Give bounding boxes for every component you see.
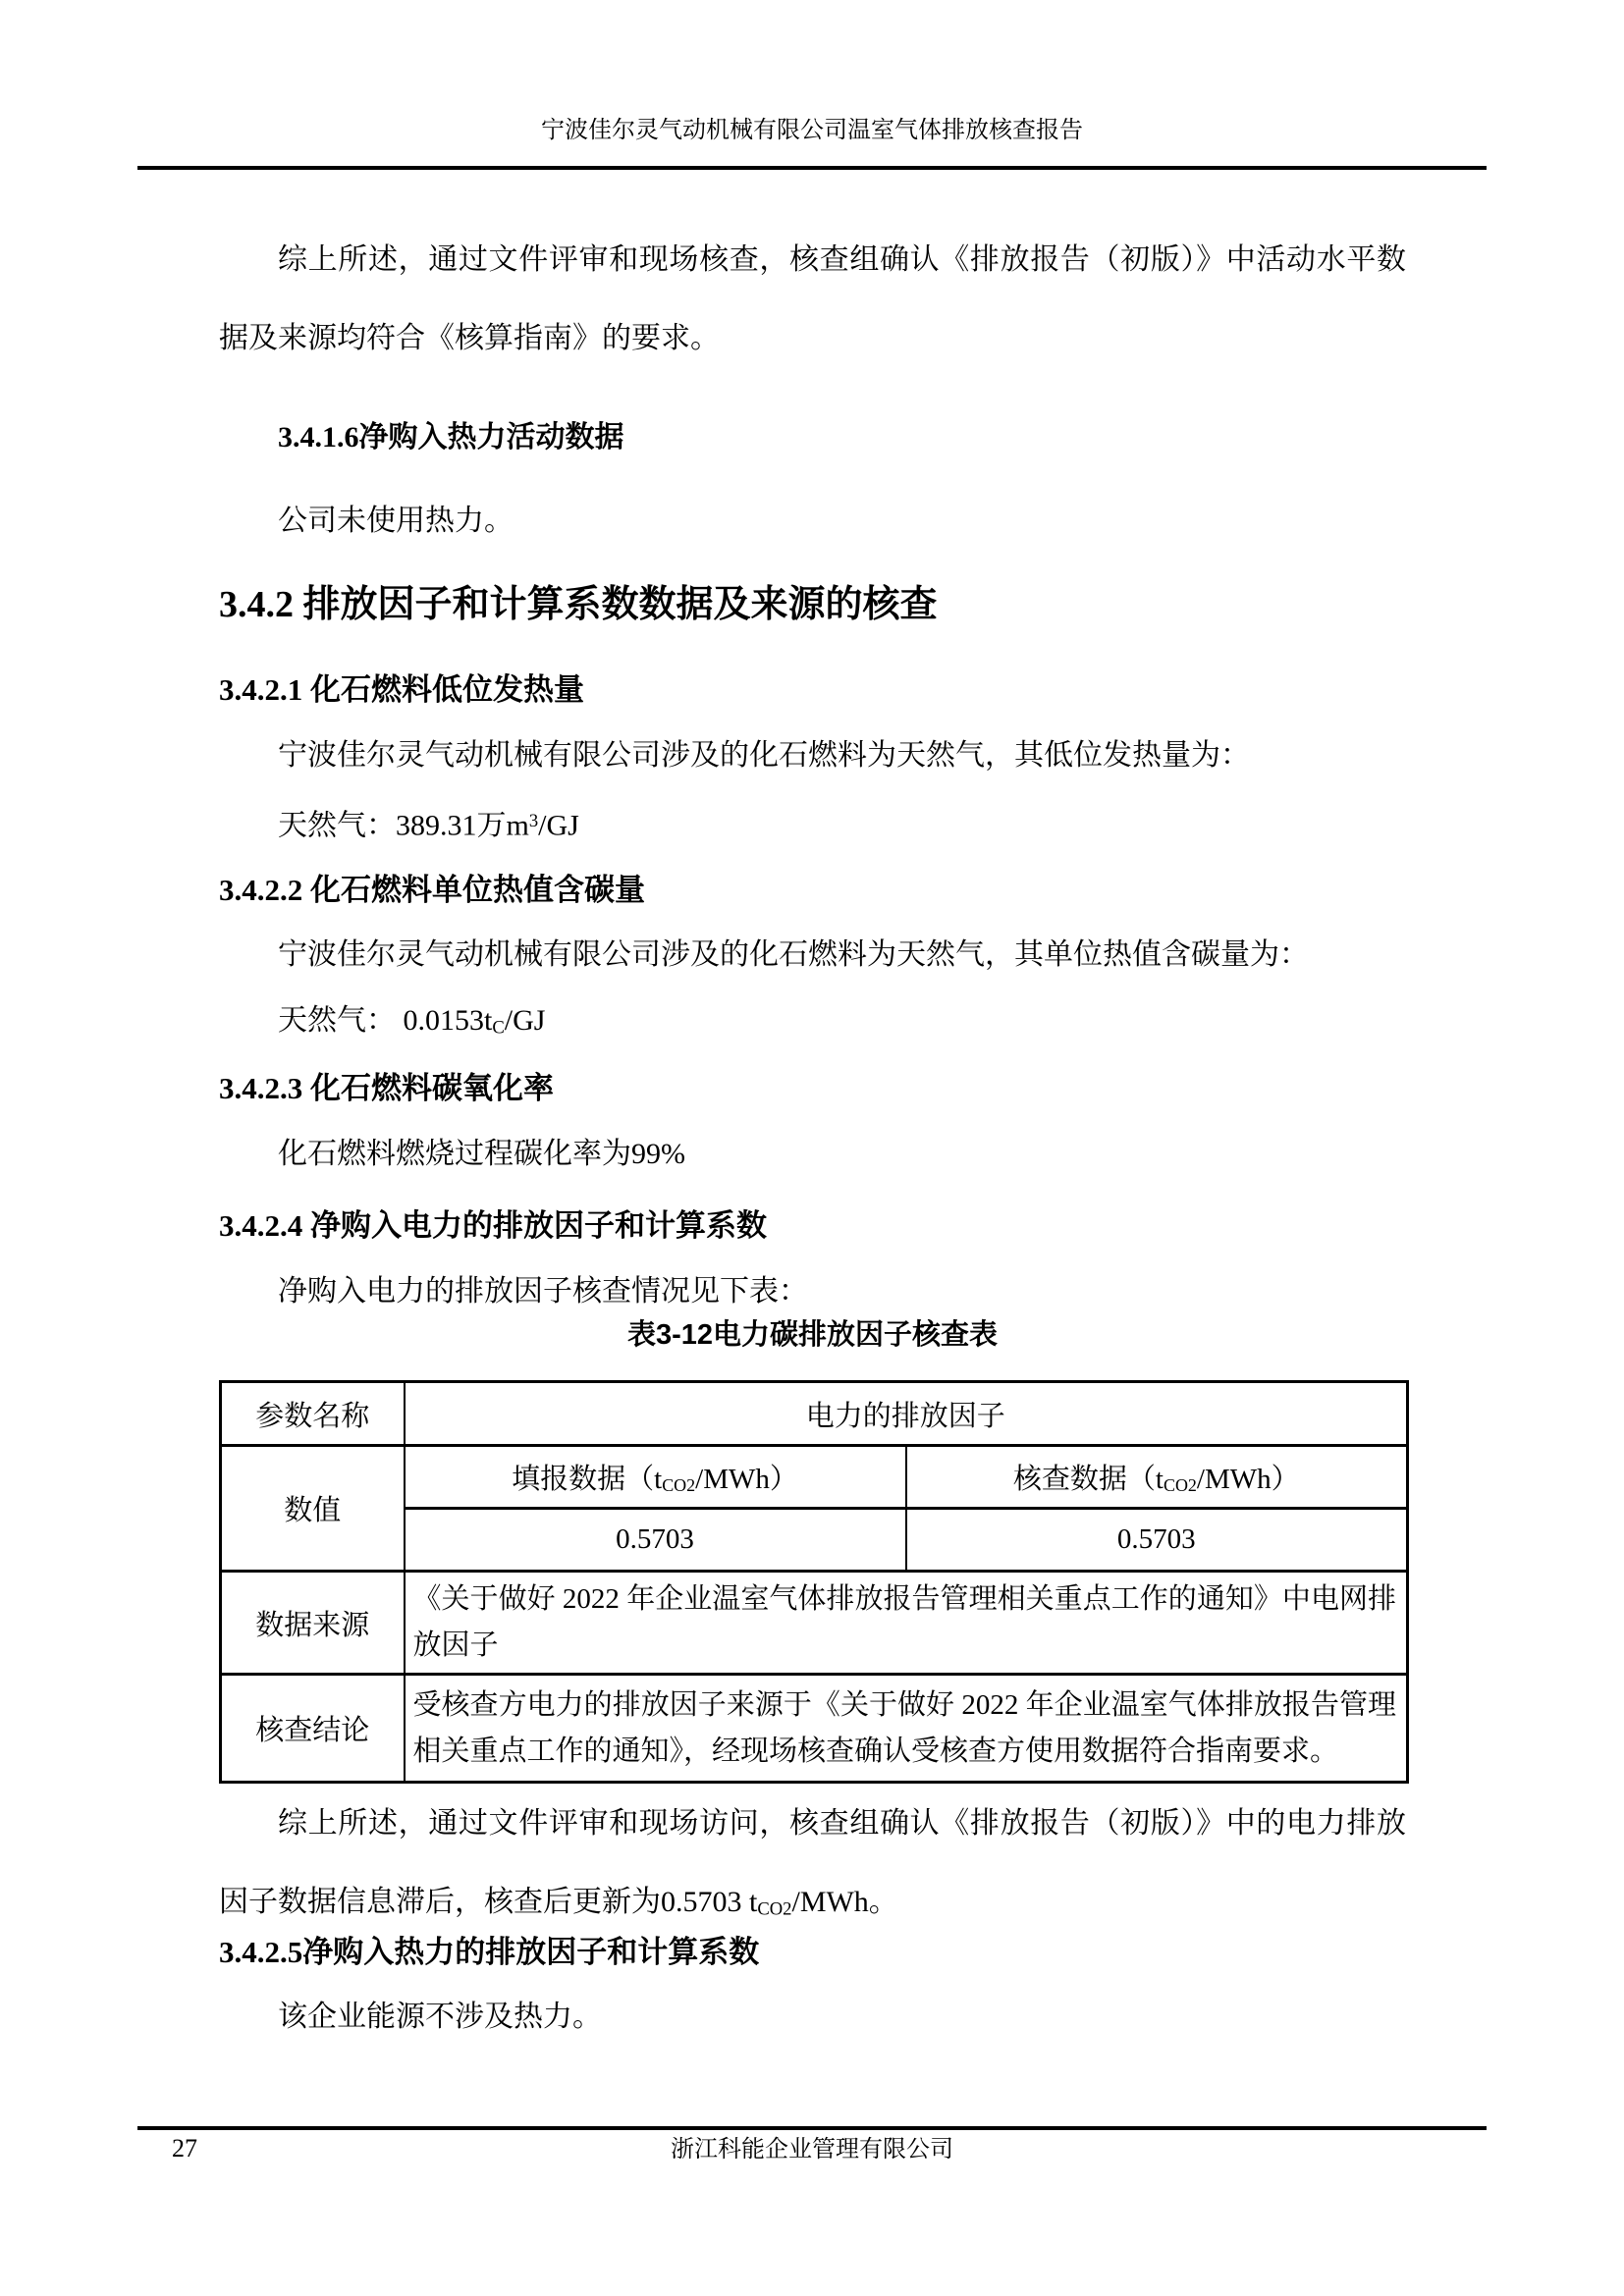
conclusion-text-cell: 受核查方电力的排放因子来源于《关于做好 2022 年企业温室气体排放报告管理相关… <box>405 1675 1408 1783</box>
cc-value-sub: C <box>492 1017 504 1038</box>
heading-3-4-2-4: 3.4.2.4 净购入电力的排放因子和计算系数 <box>219 1203 1406 1249</box>
footer-rule <box>137 2126 1487 2130</box>
table-row: 数据来源 《关于做好 2022 年企业温室气体排放报告管理相关重点工作的通知》中… <box>221 1572 1408 1675</box>
verified-header-cell: 核查数据（tCO2/MWh） <box>906 1446 1408 1509</box>
document-page: 宁波佳尔灵气动机械有限公司温室气体排放核查报告 综上所述，通过文件评审和现场核查… <box>0 0 1624 2296</box>
paragraph-oxidation: 化石燃料燃烧过程碳化率为99% <box>219 1130 1406 1179</box>
paragraph-cc-intro: 宁波佳尔灵气动机械有限公司涉及的化石燃料为天然气，其单位热值含碳量为： <box>219 931 1406 980</box>
verified-header-sub: CO2 <box>1164 1475 1197 1495</box>
table-caption: 表3-12电力碳排放因子核查表 <box>219 1317 1406 1353</box>
paragraph-table-intro: 净购入电力的排放因子核查情况见下表： <box>219 1267 1406 1316</box>
ncv-value-pre: 天然气：389.31万m <box>278 809 529 841</box>
reported-header-post: /MWh） <box>695 1464 798 1495</box>
param-value-cell: 电力的排放因子 <box>405 1382 1408 1446</box>
paragraph-no-heat-source: 该企业能源不涉及热力。 <box>219 1993 1406 2042</box>
paragraph-ncv-value: 天然气：389.31万m3/GJ <box>219 797 1406 850</box>
page-header-title: 宁波佳尔灵气动机械有限公司温室气体排放核查报告 <box>0 116 1624 145</box>
reported-header-pre: 填报数据（t <box>512 1464 662 1495</box>
table-row: 核查结论 受核查方电力的排放因子来源于《关于做好 2022 年企业温室气体排放报… <box>221 1675 1408 1783</box>
footer-company: 浙江科能企业管理有限公司 <box>0 2134 1624 2165</box>
reported-value-cell: 0.5703 <box>405 1509 906 1572</box>
ncv-value-sup: 3 <box>529 811 538 831</box>
verified-header-post: /MWh） <box>1197 1464 1300 1495</box>
reported-header-sub: CO2 <box>662 1475 695 1495</box>
paragraph-cc-value: 天然气： 0.0153tC/GJ <box>219 996 1406 1052</box>
source-text-cell: 《关于做好 2022 年企业温室气体排放报告管理相关重点工作的通知》中电网排放因… <box>405 1572 1408 1675</box>
header-rule <box>137 166 1487 170</box>
heading-3-4-2-5: 3.4.2.5净购入热力的排放因子和计算系数 <box>219 1930 1406 1975</box>
param-label-cell: 参数名称 <box>221 1382 405 1446</box>
heading-3-4-2: 3.4.2 排放因子和计算系数数据及来源的核查 <box>219 579 1406 630</box>
heading-3-4-2-3: 3.4.2.3 化石燃料碳氧化率 <box>219 1066 1406 1111</box>
paragraph-no-heat: 公司未使用热力。 <box>219 497 1406 546</box>
cc-value-post: /GJ <box>505 1004 546 1037</box>
verified-value-cell: 0.5703 <box>906 1509 1408 1572</box>
table-row: 参数名称 电力的排放因子 <box>221 1382 1408 1446</box>
ncv-value-post: /GJ <box>538 809 579 841</box>
source-label-cell: 数据来源 <box>221 1572 405 1675</box>
paragraph-conclusion: 综上所述，通过文件评审和现场访问，核查组确认《排放报告（初版）》中的电力排放因子… <box>219 1785 1406 1949</box>
cc-value-pre: 天然气： 0.0153t <box>278 1004 492 1037</box>
conclusion-sub: CO2 <box>757 1898 791 1919</box>
table-row: 数值 填报数据（tCO2/MWh） 核查数据（tCO2/MWh） <box>221 1446 1408 1509</box>
paragraph-summary-activity: 综上所述，通过文件评审和现场核查，核查组确认《排放报告（初版）》中活动水平数据及… <box>219 221 1406 378</box>
heading-3-4-1-6: 3.4.1.6净购入热力活动数据 <box>219 416 1406 459</box>
conclusion-label-cell: 核查结论 <box>221 1675 405 1783</box>
heading-3-4-2-2: 3.4.2.2 化石燃料单位热值含碳量 <box>219 868 1406 913</box>
reported-header-cell: 填报数据（tCO2/MWh） <box>405 1446 906 1509</box>
heading-3-4-2-1: 3.4.2.1 化石燃料低位发热量 <box>219 667 1406 713</box>
paragraph-ncv-intro: 宁波佳尔灵气动机械有限公司涉及的化石燃料为天然气，其低位发热量为： <box>219 731 1406 780</box>
verification-table: 参数名称 电力的排放因子 数值 填报数据（tCO2/MWh） 核查数据（tCO2… <box>219 1380 1409 1784</box>
conclusion-post: /MWh。 <box>791 1886 897 1918</box>
verified-header-pre: 核查数据（t <box>1013 1464 1164 1495</box>
verification-table-wrapper: 参数名称 电力的排放因子 数值 填报数据（tCO2/MWh） 核查数据（tCO2… <box>219 1380 1409 1784</box>
value-label-cell: 数值 <box>221 1446 405 1572</box>
